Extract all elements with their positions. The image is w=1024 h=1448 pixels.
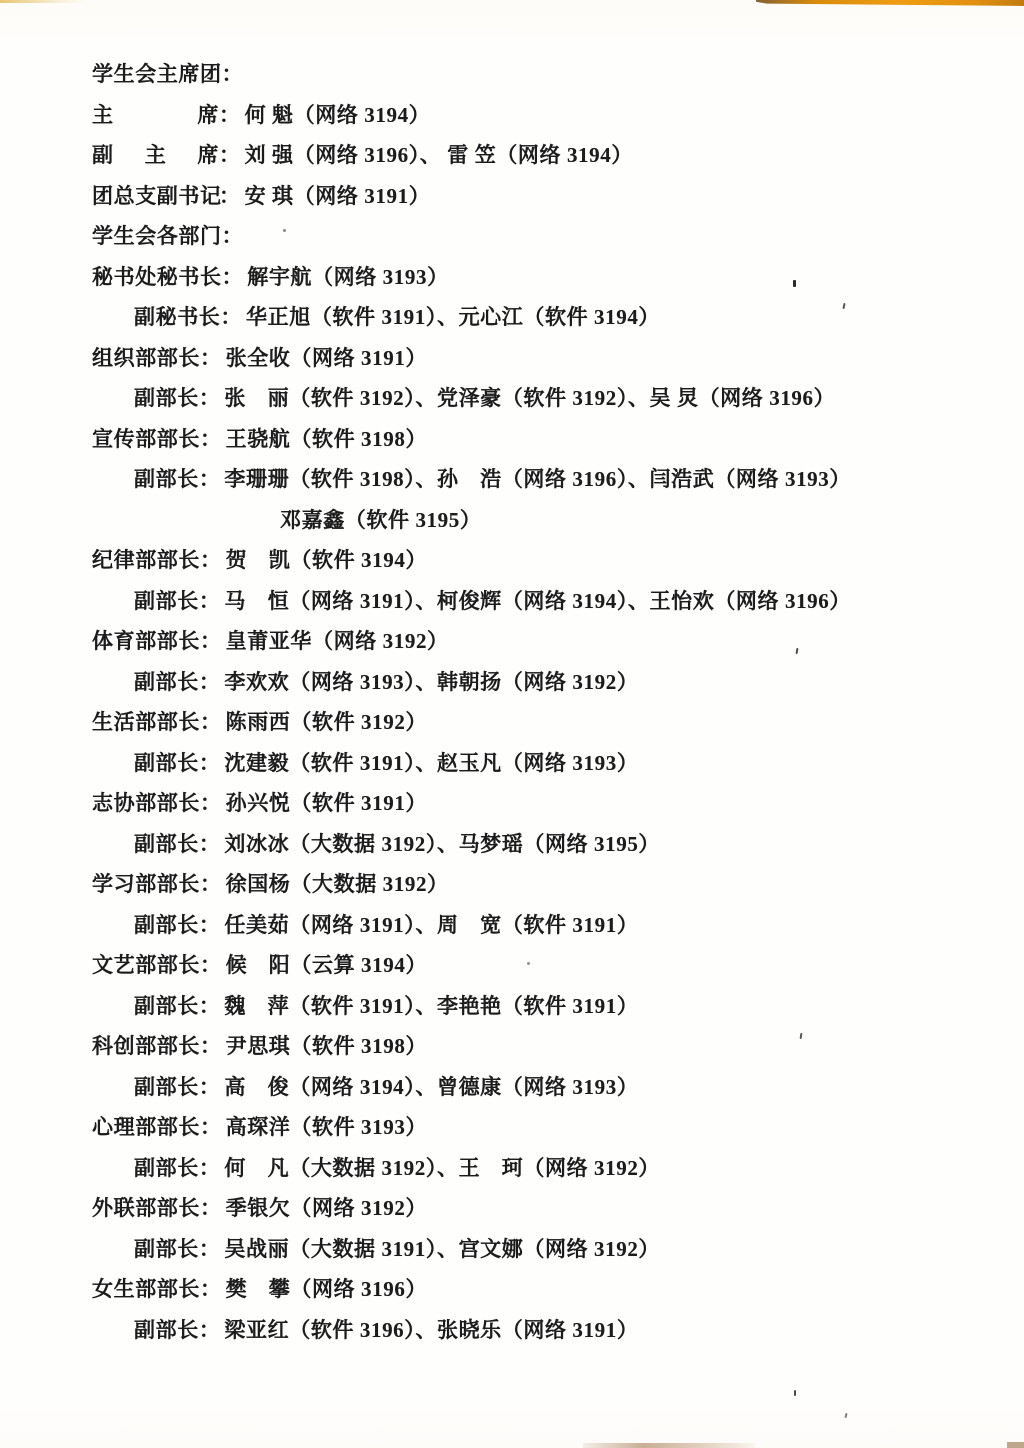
document-line: 文艺部部长：候 阳（云算 3194） <box>0 944 1024 985</box>
role-colon: ： <box>200 625 222 655</box>
document-line: 心理部部长：高琛洋（软件 3193） <box>0 1106 1024 1147</box>
scan-edge-artifact-top-left <box>0 0 86 3</box>
role-colon: ： <box>200 1273 222 1303</box>
document-line: 纪律部部长：贺 凯（软件 3194） <box>0 539 1024 580</box>
scan-speck <box>844 1413 847 1418</box>
document-line: 体育部部长：皇莆亚华（网络 3192） <box>0 620 1024 661</box>
scanned-document-page: 学生会主席团： 主席：何 魁（网络 3194） 副主席：刘 强（网络 3196）… <box>0 0 1024 1448</box>
document-line: 副主席：刘 强（网络 3196）、 雷 笠（网络 3194） <box>0 134 1024 175</box>
role-colon: ： <box>200 423 222 453</box>
role-colon: ： <box>200 949 222 979</box>
document-line: 志协部部长：孙兴悦（软件 3191） <box>0 782 1024 823</box>
role-colon: ： <box>200 868 222 898</box>
scan-edge-artifact-bottom-right <box>1007 1442 1024 1448</box>
document-line: 主席：何 魁（网络 3194） <box>0 94 1024 135</box>
line-content: 任美茹（网络 3191）、周 宽（软件 3191） <box>224 909 638 939</box>
role-label: 副部长 <box>134 1152 199 1182</box>
line-content: 王骁航（软件 3198） <box>226 423 427 453</box>
role-colon: ： <box>199 909 221 939</box>
line-content: 高 俊（网络 3194）、曾德康（网络 3193） <box>224 1071 638 1101</box>
role-label: 纪律部部长 <box>92 544 200 574</box>
role-colon: ： <box>199 1233 221 1263</box>
line-content: 樊 攀（网络 3196） <box>226 1273 427 1303</box>
role-colon: ： <box>219 139 241 169</box>
document-line: 组织部部长：张全收（网络 3191） <box>0 337 1024 378</box>
line-content: 马 恒（网络 3191）、柯俊辉（网络 3194）、王怡欢（网络 3196） <box>224 585 851 615</box>
document-line: 副部长：魏 萍（软件 3191）、李艳艳（软件 3191） <box>0 985 1024 1026</box>
role-colon: ： <box>199 463 221 493</box>
role-label: 学生会各部门 <box>92 220 222 250</box>
role-colon: ： <box>199 1152 221 1182</box>
document-body: 学生会主席团： 主席：何 魁（网络 3194） 副主席：刘 强（网络 3196）… <box>0 53 1024 1349</box>
role-colon: ： <box>199 666 221 696</box>
document-line: 副秘书长：华正旭（软件 3191）、元心江（软件 3194） <box>0 296 1024 337</box>
document-line: 学习部部长：徐国杨（大数据 3192） <box>0 863 1024 904</box>
role-label: 副秘书长 <box>134 301 220 331</box>
role-colon: ： <box>199 585 221 615</box>
role-label: 学生会主席团 <box>92 58 222 88</box>
line-content: 张 丽（软件 3192）、党泽豪（软件 3192）、吴 炅（网络 3196） <box>224 382 835 412</box>
role-label: 秘书处秘书长 <box>92 261 222 291</box>
document-line: 副部长：何 凡（大数据 3192）、王 珂（网络 3192） <box>0 1147 1024 1188</box>
line-content: 高琛洋（软件 3193） <box>226 1111 427 1141</box>
role-label: 副部长 <box>134 990 199 1020</box>
scan-speck <box>794 1390 796 1396</box>
line-content: 徐国杨（大数据 3192） <box>226 868 449 898</box>
line-content: 解宇航（网络 3193） <box>247 261 448 291</box>
line-content: 梁亚红（软件 3196）、张晓乐（网络 3191） <box>224 1314 638 1344</box>
role-colon: ： <box>200 1192 222 1222</box>
role-colon: ： <box>200 342 222 372</box>
role-label: 女生部部长 <box>92 1273 200 1303</box>
role-label: 副部长 <box>134 382 199 412</box>
role-colon: ： <box>220 301 242 331</box>
document-line: 生活部部长：陈雨西（软件 3192） <box>0 701 1024 742</box>
document-line: 邓嘉鑫（软件 3195） <box>0 499 1024 540</box>
role-colon: ： <box>199 747 221 777</box>
role-colon: ： <box>219 99 241 129</box>
document-line: 副部长：任美茹（网络 3191）、周 宽（软件 3191） <box>0 904 1024 945</box>
line-content: 何 凡（大数据 3192）、王 珂（网络 3192） <box>224 1152 660 1182</box>
document-line: 学生会各部门： <box>0 215 1024 256</box>
role-label: 宣传部部长 <box>92 423 200 453</box>
document-line: 副部长：张 丽（软件 3192）、党泽豪（软件 3192）、吴 炅（网络 319… <box>0 377 1024 418</box>
role-label: 学习部部长 <box>92 868 200 898</box>
line-content: 张全收（网络 3191） <box>226 342 427 372</box>
document-line: 副部长：李珊珊（软件 3198）、孙 浩（网络 3196）、闫浩武（网络 319… <box>0 458 1024 499</box>
role-label: 外联部部长 <box>92 1192 200 1222</box>
line-content: 贺 凯（软件 3194） <box>226 544 427 574</box>
line-content: 华正旭（软件 3191）、元心江（软件 3194） <box>246 301 660 331</box>
role-label: 副部长 <box>134 909 199 939</box>
line-content: 邓嘉鑫（软件 3195） <box>280 504 481 534</box>
role-label: 文艺部部长 <box>92 949 200 979</box>
line-content: 沈建毅（软件 3191）、赵玉凡（网络 3193） <box>224 747 638 777</box>
line-content: 陈雨西（软件 3192） <box>226 706 427 736</box>
document-line: 团总支副书记：安 琪（网络 3191） <box>0 175 1024 216</box>
line-content: 魏 萍（软件 3191）、李艳艳（软件 3191） <box>224 990 638 1020</box>
role-label: 生活部部长 <box>92 706 200 736</box>
document-line: 副部长：李欢欢（网络 3193）、韩朝扬（网络 3192） <box>0 661 1024 702</box>
role-label: 组织部部长 <box>92 342 200 372</box>
role-colon: ： <box>199 1314 221 1344</box>
role-colon: ： <box>200 706 222 736</box>
role-label: 副部长 <box>134 828 199 858</box>
document-line: 女生部部长：樊 攀（网络 3196） <box>0 1268 1024 1309</box>
role-colon: ： <box>222 261 244 291</box>
role-colon: ： <box>199 382 221 412</box>
document-line: 副部长：刘冰冰（大数据 3192）、马梦瑶（网络 3195） <box>0 823 1024 864</box>
role-label: 团总支副书记 <box>92 180 219 210</box>
scan-edge-artifact-top-right <box>756 0 1024 6</box>
line-content: 刘冰冰（大数据 3192）、马梦瑶（网络 3195） <box>224 828 660 858</box>
scan-edge-artifact-bottom-center <box>583 1443 755 1448</box>
document-line: 副部长：高 俊（网络 3194）、曾德康（网络 3193） <box>0 1066 1024 1107</box>
role-label: 志协部部长 <box>92 787 200 817</box>
role-colon: ： <box>222 58 244 88</box>
role-colon: ： <box>219 180 241 210</box>
line-content: 吴战丽（大数据 3191）、宫文娜（网络 3192） <box>224 1233 660 1263</box>
role-label: 主席 <box>92 99 219 129</box>
line-content: 李珊珊（软件 3198）、孙 浩（网络 3196）、闫浩武（网络 3193） <box>224 463 851 493</box>
role-label: 副部长 <box>134 747 199 777</box>
document-line: 学生会主席团： <box>0 53 1024 94</box>
role-label: 心理部部长 <box>92 1111 200 1141</box>
line-content: 刘 强（网络 3196）、 雷 笠（网络 3194） <box>245 139 633 169</box>
role-label: 副部长 <box>134 463 199 493</box>
role-colon: ： <box>199 828 221 858</box>
line-content: 何 魁（网络 3194） <box>245 99 431 129</box>
line-content: 尹思琪（软件 3198） <box>226 1030 427 1060</box>
document-line: 副部长：吴战丽（大数据 3191）、宫文娜（网络 3192） <box>0 1228 1024 1269</box>
role-colon: ： <box>200 1030 222 1060</box>
role-label: 体育部部长 <box>92 625 200 655</box>
document-line: 副部长：沈建毅（软件 3191）、赵玉凡（网络 3193） <box>0 742 1024 783</box>
line-content: 候 阳（云算 3194） <box>226 949 427 979</box>
document-line: 外联部部长：季银欠（网络 3192） <box>0 1187 1024 1228</box>
role-colon: ： <box>199 1071 221 1101</box>
role-colon: ： <box>200 1111 222 1141</box>
line-content: 李欢欢（网络 3193）、韩朝扬（网络 3192） <box>224 666 638 696</box>
line-content: 季银欠（网络 3192） <box>226 1192 427 1222</box>
line-content: 安 琪（网络 3191） <box>245 180 431 210</box>
line-content: 皇莆亚华（网络 3192） <box>226 625 449 655</box>
role-label: 副部长 <box>134 585 199 615</box>
role-label: 副部长 <box>134 1314 199 1344</box>
document-line: 宣传部部长：王骁航（软件 3198） <box>0 418 1024 459</box>
role-label: 副部长 <box>134 1233 199 1263</box>
role-label: 副主席 <box>92 139 219 169</box>
role-colon: ： <box>200 544 222 574</box>
role-colon: ： <box>200 787 222 817</box>
document-line: 副部长：马 恒（网络 3191）、柯俊辉（网络 3194）、王怡欢（网络 319… <box>0 580 1024 621</box>
role-colon: ： <box>222 220 244 250</box>
role-colon: ： <box>199 990 221 1020</box>
role-label: 科创部部长 <box>92 1030 200 1060</box>
role-label: 副部长 <box>134 666 199 696</box>
document-line: 秘书处秘书长：解宇航（网络 3193） <box>0 256 1024 297</box>
role-label: 副部长 <box>134 1071 199 1101</box>
document-line: 副部长：梁亚红（软件 3196）、张晓乐（网络 3191） <box>0 1309 1024 1350</box>
line-content: 孙兴悦（软件 3191） <box>226 787 427 817</box>
document-line: 科创部部长：尹思琪（软件 3198） <box>0 1025 1024 1066</box>
